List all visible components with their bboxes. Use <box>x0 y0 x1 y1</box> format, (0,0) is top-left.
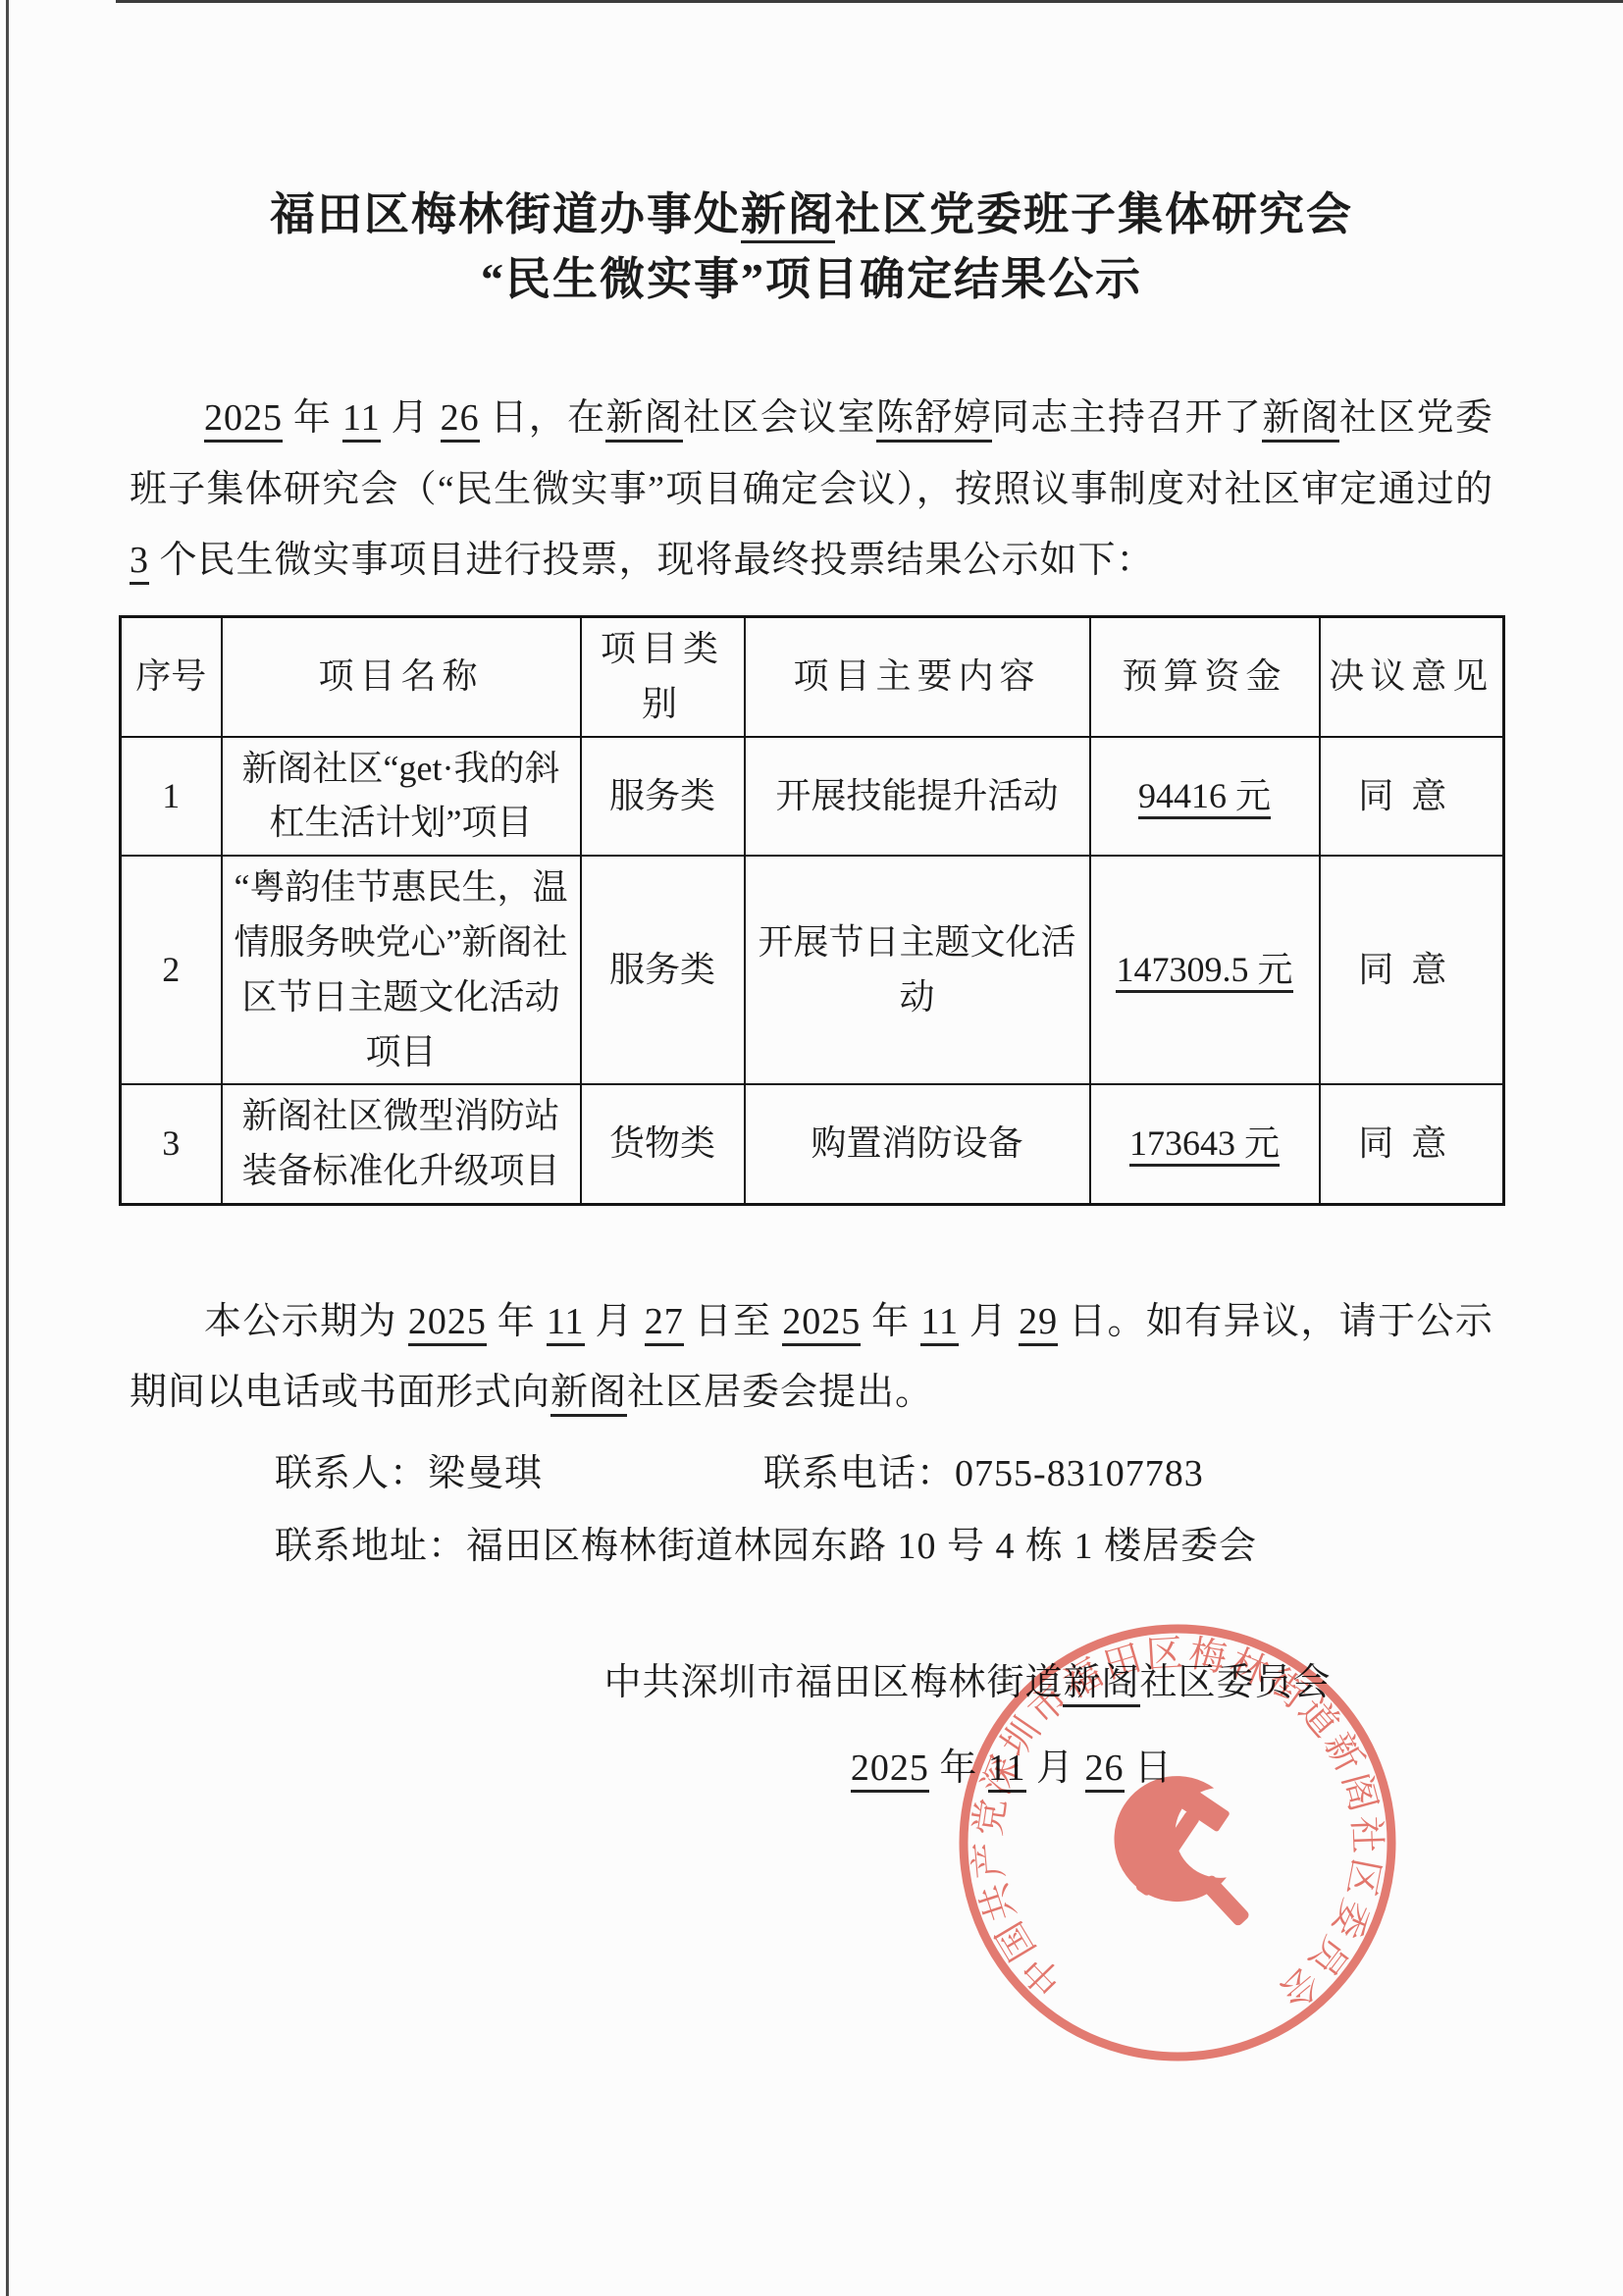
intro-paragraph: 2025 年 11 月 26 日，在新阁社区会议室陈舒婷同志主持召开了新阁社区党… <box>130 383 1493 596</box>
contact-person-name: 梁曼琪 <box>428 1453 543 1494</box>
row3-name: 新阁社区微型消防站装备标准化升级项目 <box>222 1084 581 1204</box>
row1-name: 新阁社区“get·我的斜杠生活计划”项目 <box>222 737 581 857</box>
header-decision: 决议意见 <box>1320 617 1504 737</box>
row2-decision: 同意 <box>1320 856 1504 1084</box>
projects-table: 序号 项目名称 项目类别 项目主要内容 预算资金 决议意见 1 新阁社区“get… <box>119 615 1505 1206</box>
row1-category: 服务类 <box>581 737 745 857</box>
document-page: 福田区梅林街道办事处新阁社区党委班子集体研究会 “民生微实事”项目确定结果公示 … <box>0 0 1623 2296</box>
contact-block: 联系人：梁曼琪联系电话：0755-83107783 联系地址：福田区梅林街道林园… <box>130 1437 1493 1583</box>
row2-budget: 147309.5 元 <box>1090 856 1320 1084</box>
contact-address-label: 联系地址： <box>275 1526 466 1567</box>
row2-content: 开展节日主题文化活动 <box>745 856 1090 1084</box>
row3-content: 购置消防设备 <box>745 1084 1090 1204</box>
document-title: 福田区梅林街道办事处新阁社区党委班子集体研究会 “民生微实事”项目确定结果公示 <box>118 183 1505 312</box>
table-row-2: 2 “粤韵佳节惠民生，温情服务映党心”新阁社区节日主题文化活动项目 服务类 开展… <box>121 856 1504 1084</box>
title-line-2: “民生微实事”项目确定结果公示 <box>118 247 1505 312</box>
row2-no: 2 <box>121 856 222 1084</box>
hammer-sickle-icon <box>1104 1768 1252 1943</box>
contact-person-line: 联系人：梁曼琪联系电话：0755-83107783 <box>275 1437 1493 1510</box>
row2-name: “粤韵佳节惠民生，温情服务映党心”新阁社区节日主题文化活动项目 <box>222 856 581 1084</box>
row1-decision: 同意 <box>1320 737 1504 857</box>
table-row-1: 1 新阁社区“get·我的斜杠生活计划”项目 服务类 开展技能提升活动 9441… <box>121 737 1504 857</box>
contact-person-label: 联系人： <box>275 1453 428 1494</box>
contact-phone-number: 0755-83107783 <box>955 1453 1204 1494</box>
table-row-3: 3 新阁社区微型消防站装备标准化升级项目 货物类 购置消防设备 173643 元… <box>121 1084 1504 1204</box>
row3-budget-value: 173643 元 <box>1129 1123 1280 1167</box>
header-budget: 预算资金 <box>1090 617 1320 737</box>
scan-edge-left <box>6 0 9 2296</box>
contact-phone-label: 联系电话： <box>763 1453 955 1494</box>
row2-category: 服务类 <box>581 856 745 1084</box>
row2-budget-value: 147309.5 元 <box>1116 950 1292 993</box>
row1-budget-value: 94416 元 <box>1138 776 1271 819</box>
row1-content: 开展技能提升活动 <box>745 737 1090 857</box>
header-name: 项目名称 <box>222 617 581 737</box>
row3-no: 3 <box>121 1084 222 1204</box>
row1-budget: 94416 元 <box>1090 737 1320 857</box>
row3-budget: 173643 元 <box>1090 1084 1320 1204</box>
header-no: 序号 <box>121 617 222 737</box>
contact-phone-group: 联系电话：0755-83107783 <box>763 1437 1204 1510</box>
notice-paragraph: 本公示期为 2025 年 11 月 27 日至 2025 年 11 月 29 日… <box>130 1286 1493 1428</box>
row3-category: 货物类 <box>581 1084 745 1204</box>
row3-decision: 同意 <box>1320 1084 1504 1204</box>
header-content: 项目主要内容 <box>745 617 1090 737</box>
header-category: 项目类别 <box>581 617 745 737</box>
contact-address-value: 福田区梅林街道林园东路 10 号 4 栋 1 楼居委会 <box>466 1526 1257 1567</box>
scan-edge-top <box>116 0 1623 3</box>
row1-no: 1 <box>121 737 222 857</box>
title-line-1: 福田区梅林街道办事处新阁社区党委班子集体研究会 <box>118 183 1505 247</box>
official-seal-stamp: 中国共产党深圳市福田区梅林街道新阁社区委员会 <box>942 1607 1413 2078</box>
table-header-row: 序号 项目名称 项目类别 项目主要内容 预算资金 决议意见 <box>121 617 1504 737</box>
contact-address-line: 联系地址：福田区梅林街道林园东路 10 号 4 栋 1 楼居委会 <box>275 1510 1493 1583</box>
